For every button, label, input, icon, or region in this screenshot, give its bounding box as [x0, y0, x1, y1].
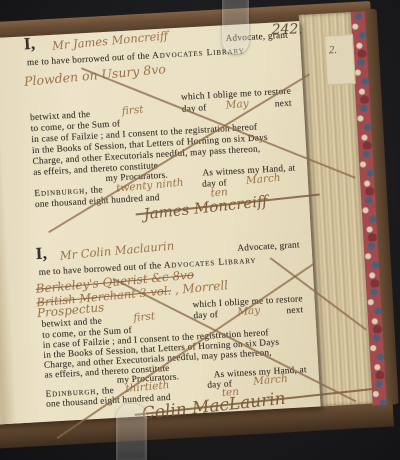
page-number-behind: 2.	[328, 44, 337, 56]
printed-advocate-grant: Advocate, grant	[237, 240, 300, 253]
return-day-handwritten: first	[133, 310, 156, 324]
borrow-entry-1: I, Mr James Moncreiff Advocate, grant me…	[26, 24, 299, 248]
date-month-handwritten: March	[245, 172, 281, 187]
page-behind-corner: 2.	[324, 34, 356, 86]
page-holder-strip-bottom	[116, 404, 147, 460]
printed-initial: I,	[35, 243, 47, 264]
return-month-handwritten: May	[225, 98, 249, 112]
borrow-entry-2: I, Mr Colin Maclaurin Advocate, grant me…	[37, 233, 309, 427]
page-text-column: I, Mr James Moncreiff Advocate, grant me…	[26, 24, 309, 420]
printed-next: next	[286, 305, 303, 316]
printed-next: next	[275, 99, 292, 110]
ledger-page: 242. I, Mr James Moncreiff Advocate, gra…	[0, 21, 321, 425]
ledger-book: 2. 242. I, Mr James Moncreiff Advocate, …	[0, 0, 400, 447]
printed-the: the	[90, 185, 103, 196]
return-day-handwritten: first	[121, 104, 144, 118]
date-month-handwritten: March	[253, 373, 289, 388]
page-holder-strip-top	[222, 0, 249, 54]
printed-initial: I,	[23, 34, 35, 55]
